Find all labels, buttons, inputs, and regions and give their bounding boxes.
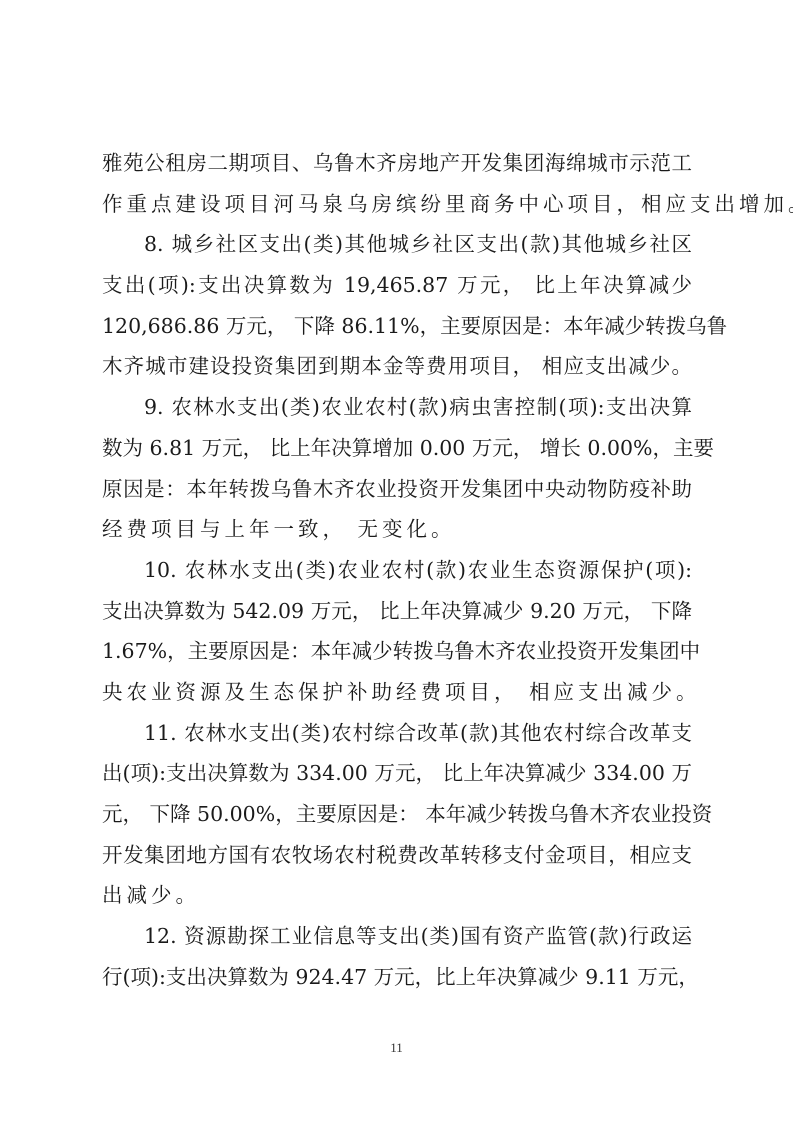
- text-line: 12. 资源勘探工业信息等支出(类)国有资产监管(款)行政运: [102, 916, 692, 957]
- text-line: 元， 下降 50.00%，主要原因是： 本年减少转拨乌鲁木齐农业投资: [102, 794, 692, 835]
- text-line: 10. 农林水支出(类)农业农村(款)农业生态资源保护(项):: [102, 550, 692, 591]
- text-line: 支出决算数为 542.09 万元， 比上年决算减少 9.20 万元， 下降: [102, 591, 692, 632]
- paragraph-continuation: 雅苑公租房二期项目、乌鲁木齐房地产开发集团海绵城市示范工 作重点建设项目河马泉乌…: [102, 143, 692, 224]
- text-line: 作重点建设项目河马泉乌房缤纷里商务中心项目，相应支出增加。: [102, 184, 692, 225]
- paragraph-item-11: 11. 农林水支出(类)农村综合改革(款)其他农村综合改革支 出(项):支出决算…: [102, 713, 692, 916]
- text-line: 雅苑公租房二期项目、乌鲁木齐房地产开发集团海绵城市示范工: [102, 143, 692, 184]
- text-line: 出减少。: [102, 875, 692, 916]
- text-line: 120,686.86 万元， 下降 86.11%，主要原因是：本年减少转拨乌鲁: [102, 306, 692, 347]
- text-line: 支出(项):支出决算数为 19,465.87 万元， 比上年决算减少: [102, 265, 692, 306]
- document-body: 雅苑公租房二期项目、乌鲁木齐房地产开发集团海绵城市示范工 作重点建设项目河马泉乌…: [102, 143, 692, 997]
- text-line: 9. 农林水支出(类)农业农村(款)病虫害控制(项):支出决算: [102, 387, 692, 428]
- text-line: 经费项目与上年一致， 无变化。: [102, 509, 692, 550]
- paragraph-item-10: 10. 农林水支出(类)农业农村(款)农业生态资源保护(项): 支出决算数为 5…: [102, 550, 692, 713]
- text-line: 行(项):支出决算数为 924.47 万元，比上年决算减少 9.11 万元，: [102, 957, 692, 998]
- text-line: 原因是：本年转拨乌鲁木齐农业投资开发集团中央动物防疫补助: [102, 469, 692, 510]
- paragraph-item-8: 8. 城乡社区支出(类)其他城乡社区支出(款)其他城乡社区 支出(项):支出决算…: [102, 224, 692, 387]
- text-line: 开发集团地方国有农牧场农村税费改革转移支付金项目，相应支: [102, 835, 692, 876]
- text-line: 1.67%，主要原因是：本年减少转拨乌鲁木齐农业投资开发集团中: [102, 631, 692, 672]
- paragraph-item-9: 9. 农林水支出(类)农业农村(款)病虫害控制(项):支出决算 数为 6.81 …: [102, 387, 692, 550]
- text-line: 11. 农林水支出(类)农村综合改革(款)其他农村综合改革支: [102, 713, 692, 754]
- text-line: 木齐城市建设投资集团到期本金等费用项目， 相应支出减少。: [102, 346, 692, 387]
- text-line: 出(项):支出决算数为 334.00 万元， 比上年决算减少 334.00 万: [102, 753, 692, 794]
- text-line: 央农业资源及生态保护补助经费项目， 相应支出减少。: [102, 672, 692, 713]
- text-line: 数为 6.81 万元， 比上年决算增加 0.00 万元， 增长 0.00%，主要: [102, 428, 692, 469]
- paragraph-item-12: 12. 资源勘探工业信息等支出(类)国有资产监管(款)行政运 行(项):支出决算…: [102, 916, 692, 997]
- text-line: 8. 城乡社区支出(类)其他城乡社区支出(款)其他城乡社区: [102, 224, 692, 265]
- page-number: 11: [0, 1040, 793, 1056]
